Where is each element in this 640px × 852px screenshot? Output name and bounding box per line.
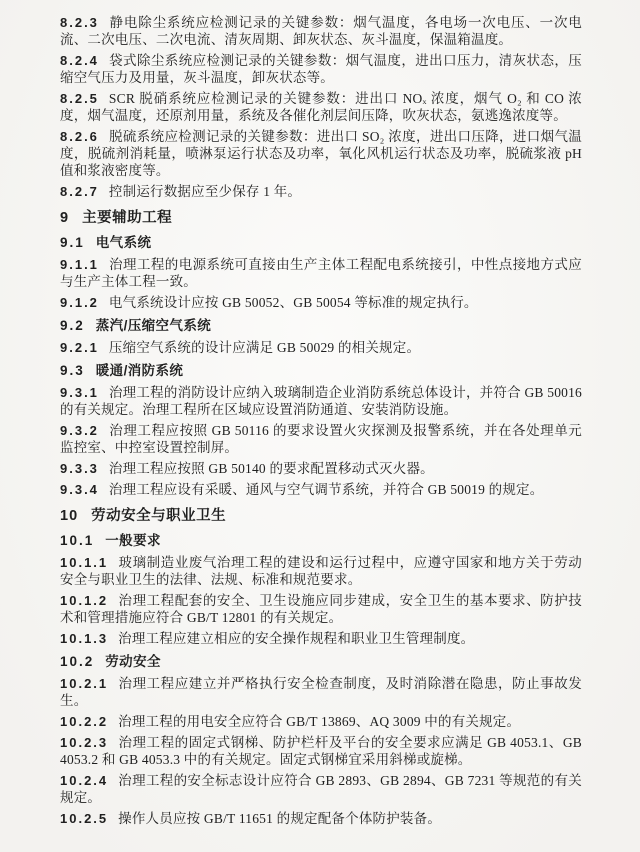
clause-text: 治理工程的用电安全应符合 GB/T 13869、AQ 3009 中的有关规定。: [118, 714, 520, 729]
clause-paragraph: 9.1.2电气系统设计应按 GB 50052、GB 50054 等标准的规定执行…: [60, 294, 582, 311]
clause-number: 8.2.3: [60, 14, 99, 31]
clause-text: 电气系统设计应按 GB 50052、GB 50054 等标准的规定执行。: [109, 295, 478, 310]
clause-number: 10.1.3: [60, 630, 108, 647]
subsection-heading: 9.2蒸汽/压缩空气系统: [60, 317, 582, 334]
subsection-number: 10.2: [60, 653, 94, 670]
clause-paragraph: 9.1.1治理工程的电源系统可直接由生产主体工程配电系统接引，中性点接地方式应与…: [60, 256, 582, 290]
subsection-number: 10.1: [60, 532, 94, 549]
clause-number: 10.2.3: [60, 734, 108, 751]
clause-paragraph: 8.2.4袋式除尘系统应检测记录的关键参数：烟气温度，进出口压力，清灰状态，压缩…: [60, 52, 582, 86]
clause-number: 10.2.4: [60, 772, 108, 789]
subsection-heading: 9.3暖通/消防系统: [60, 362, 582, 379]
subsection-title: 电气系统: [96, 235, 152, 250]
clause-text: 治理工程的固定式钢梯、防护栏杆及平台的安全要求应满足 GB 4053.1、GB …: [60, 735, 582, 767]
clause-text: 控制运行数据应至少保存 1 年。: [109, 184, 301, 199]
clause-number: 8.2.6: [60, 128, 99, 145]
clause-number: 9.3.1: [60, 384, 99, 401]
clause-text: 治理工程应建立并严格执行安全检查制度，及时消除潜在隐患，防止事故发生。: [60, 676, 582, 708]
clause-text: 操作人员应按 GB/T 11651 的规定配备个体防护装备。: [118, 811, 441, 826]
clause-text: 治理工程应按照 GB 50140 的要求配置移动式灭火器。: [109, 461, 434, 476]
clause-number: 10.2.2: [60, 713, 108, 730]
clause-paragraph: 10.2.3治理工程的固定式钢梯、防护栏杆及平台的安全要求应满足 GB 4053…: [60, 734, 582, 768]
clause-text: 治理工程应按照 GB 50116 的要求设置火灾探测及报警系统，并在各处理单元监…: [60, 423, 582, 455]
subsection-title: 蒸汽/压缩空气系统: [96, 318, 211, 333]
clause-text: 治理工程应设有采暖、通风与空气调节系统，并符合 GB 50019 的规定。: [109, 482, 544, 497]
clause-number: 9.1.2: [60, 294, 99, 311]
clause-number: 8.2.4: [60, 52, 99, 69]
clause-paragraph: 9.3.3治理工程应按照 GB 50140 的要求配置移动式灭火器。: [60, 460, 582, 477]
clause-text: 静电除尘系统应检测记录的关键参数：烟气温度，各电场一次电压、一次电流、二次电压、…: [60, 15, 582, 47]
clause-number: 9.3.3: [60, 460, 99, 477]
clause-number: 10.1.2: [60, 592, 108, 609]
clause-number: 8.2.7: [60, 183, 99, 200]
clause-number: 10.2.1: [60, 675, 108, 692]
subsection-title: 暖通/消防系统: [96, 363, 184, 378]
clause-text: 治理工程的安全标志设计应符合 GB 2893、GB 2894、GB 7231 等…: [60, 773, 582, 805]
clause-text: 玻璃制造业废气治理工程的建设和运行过程中，应遵守国家和地方关于劳动安全与职业卫生…: [60, 555, 582, 587]
subsection-heading: 10.1一般要求: [60, 532, 582, 549]
section-heading: 9主要辅助工程: [60, 209, 582, 227]
clause-number: 9.1.1: [60, 256, 99, 273]
clause-text: 治理工程应建立相应的安全操作规程和职业卫生管理制度。: [118, 631, 474, 646]
clause-number: 9.3.2: [60, 422, 99, 439]
clause-text: 脱硫系统应检测记录的关键参数：进出口 SO₂ 浓度，进出口压降，进口烟气温度，脱…: [60, 129, 582, 178]
clause-paragraph: 10.2.4治理工程的安全标志设计应符合 GB 2893、GB 2894、GB …: [60, 772, 582, 806]
document-content: 8.2.3静电除尘系统应检测记录的关键参数：烟气温度，各电场一次电压、一次电流、…: [60, 14, 582, 827]
clause-paragraph: 10.2.2治理工程的用电安全应符合 GB/T 13869、AQ 3009 中的…: [60, 713, 582, 730]
clause-paragraph: 8.2.5SCR 脱硝系统应检测记录的关键参数：进出口 NOₓ 浓度，烟气 O₂…: [60, 90, 582, 124]
clause-text: 压缩空气系统的设计应满足 GB 50029 的相关规定。: [109, 340, 420, 355]
document-page: 8.2.3静电除尘系统应检测记录的关键参数：烟气温度，各电场一次电压、一次电流、…: [0, 0, 640, 852]
clause-paragraph: 10.2.5操作人员应按 GB/T 11651 的规定配备个体防护装备。: [60, 810, 582, 827]
subsection-title: 劳动安全: [105, 654, 161, 669]
subsection-title: 一般要求: [105, 533, 161, 548]
section-number: 10: [60, 507, 78, 525]
clause-text: 治理工程的电源系统可直接由生产主体工程配电系统接引，中性点接地方式应与生产主体工…: [60, 257, 582, 289]
clause-paragraph: 10.1.3治理工程应建立相应的安全操作规程和职业卫生管理制度。: [60, 630, 582, 647]
clause-number: 9.2.1: [60, 339, 99, 356]
clause-paragraph: 10.2.1治理工程应建立并严格执行安全检查制度，及时消除潜在隐患，防止事故发生…: [60, 675, 582, 709]
clause-paragraph: 10.1.1玻璃制造业废气治理工程的建设和运行过程中，应遵守国家和地方关于劳动安…: [60, 554, 582, 588]
clause-paragraph: 9.3.4治理工程应设有采暖、通风与空气调节系统，并符合 GB 50019 的规…: [60, 481, 582, 498]
subsection-heading: 10.2劳动安全: [60, 653, 582, 670]
clause-paragraph: 9.2.1压缩空气系统的设计应满足 GB 50029 的相关规定。: [60, 339, 582, 356]
clause-text: 袋式除尘系统应检测记录的关键参数：烟气温度，进出口压力，清灰状态，压缩空气压力及…: [60, 53, 582, 85]
section-heading: 10劳动安全与职业卫生: [60, 507, 582, 525]
clause-paragraph: 8.2.7控制运行数据应至少保存 1 年。: [60, 183, 582, 200]
clause-text: 治理工程的消防设计应纳入玻璃制造企业消防系统总体设计，并符合 GB 50016 …: [60, 385, 582, 417]
clause-paragraph: 10.1.2治理工程配套的安全、卫生设施应同步建成，安全卫生的基本要求、防护技术…: [60, 592, 582, 626]
clause-number: 8.2.5: [60, 90, 99, 107]
clause-paragraph: 9.3.2治理工程应按照 GB 50116 的要求设置火灾探测及报警系统，并在各…: [60, 422, 582, 456]
subsection-number: 9.3: [60, 362, 85, 379]
clause-text: SCR 脱硝系统应检测记录的关键参数：进出口 NOₓ 浓度，烟气 O₂ 和 CO…: [60, 91, 582, 123]
subsection-number: 9.1: [60, 234, 85, 251]
clause-number: 10.2.5: [60, 810, 108, 827]
section-number: 9: [60, 209, 69, 227]
subsection-heading: 9.1电气系统: [60, 234, 582, 251]
clause-number: 10.1.1: [60, 554, 108, 571]
subsection-number: 9.2: [60, 317, 85, 334]
clause-paragraph: 8.2.6脱硫系统应检测记录的关键参数：进出口 SO₂ 浓度，进出口压降，进口烟…: [60, 128, 582, 179]
clause-paragraph: 9.3.1治理工程的消防设计应纳入玻璃制造企业消防系统总体设计，并符合 GB 5…: [60, 384, 582, 418]
clause-number: 9.3.4: [60, 481, 99, 498]
section-title: 主要辅助工程: [82, 210, 172, 226]
clause-text: 治理工程配套的安全、卫生设施应同步建成，安全卫生的基本要求、防护技术和管理措施应…: [60, 593, 582, 625]
section-title: 劳动安全与职业卫生: [91, 508, 226, 524]
clause-paragraph: 8.2.3静电除尘系统应检测记录的关键参数：烟气温度，各电场一次电压、一次电流、…: [60, 14, 582, 48]
